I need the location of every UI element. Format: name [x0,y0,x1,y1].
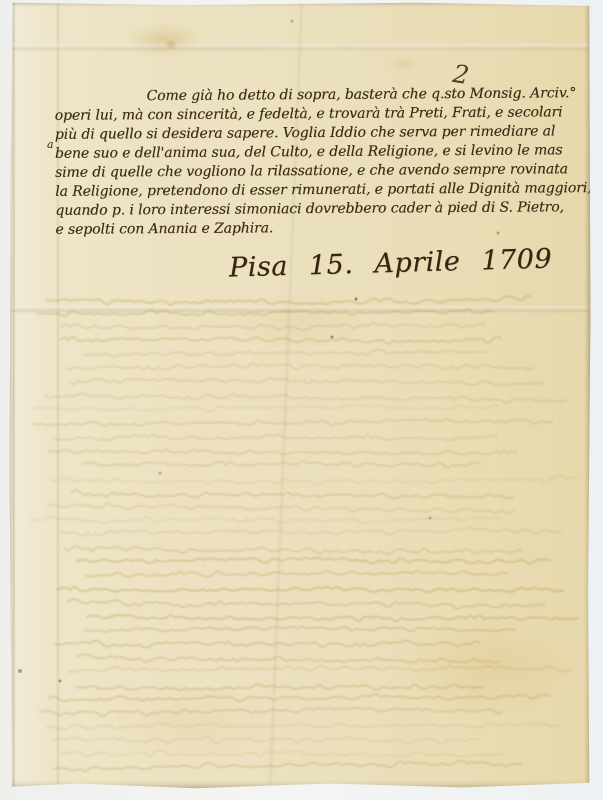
letter-body-text: Come già ho detto di sopra, basterà che … [54,84,570,240]
ink-bleed-through-writing [15,290,589,787]
fold-crease-horizontal-top [11,44,589,50]
fold-crease-horizontal-middle [11,306,589,312]
letter-paper-sheet: 2 a Come già ho detto di sopra, basterà … [9,2,591,789]
letter-line: e sepolti con Anania e Zaphira. [55,217,570,240]
scanned-letter-background: 2 a Come già ho detto di sopra, basterà … [0,0,603,800]
ink-specks [9,2,11,4]
letter-line: quando p. i loro interessi simoniaci dov… [55,198,570,221]
letter-dateline: Pisa 15. Aprile 1709 [229,243,553,283]
fold-crease-vertical-left [13,2,16,789]
margin-note: a [47,138,54,151]
